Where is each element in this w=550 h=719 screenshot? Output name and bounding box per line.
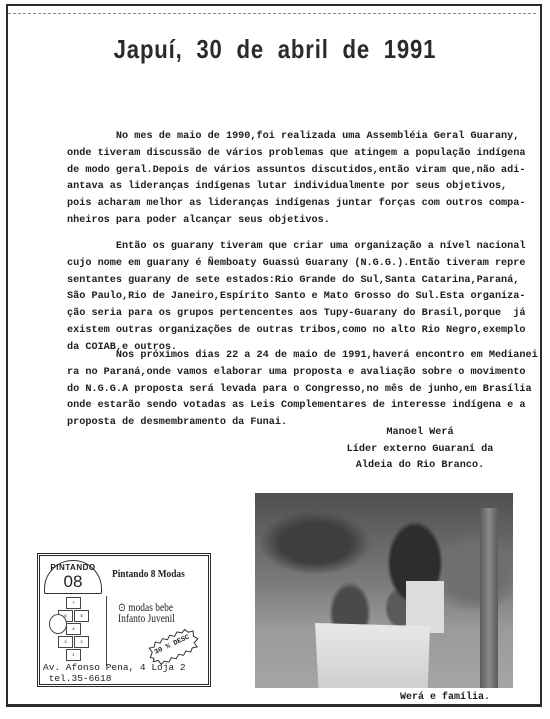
hop-number: 2 (75, 637, 88, 647)
photo-cloth (315, 623, 430, 688)
ad-divider (106, 596, 107, 666)
paragraph-2: Então os guarany tiveram que criar uma o… (67, 239, 507, 357)
photo-post (480, 508, 498, 688)
family-photo (255, 493, 513, 688)
paragraph-1: No mes de maio de 1990,foi realizada uma… (67, 129, 507, 230)
hop-number: 7 (67, 598, 80, 608)
signature-role: Líder externo Guaraní da (320, 442, 520, 459)
paragraph-3: Nos próximos dias 22 a 24 de maio de 199… (67, 348, 507, 432)
hop-number: 5 (75, 611, 88, 621)
photo-caption: Werá e família. (400, 692, 490, 703)
ad-address: Av. Afonso Pena, 4 Loja 2 tel.35-6618 (43, 663, 213, 684)
hop-number: 1 (67, 650, 80, 660)
child-face-icon (49, 614, 67, 634)
signature-name: Manoel Werá (320, 425, 520, 442)
ad-brand: Pintando 8 Modas (112, 568, 197, 580)
ad-line-1: ⊙ modas bebe (118, 600, 197, 614)
advertisement-box: PINTANDO 08 7 6 5 4 3 2 1 Pintando 8 Mod… (37, 553, 211, 687)
photo-figure (406, 581, 444, 633)
store-logo: PINTANDO 08 (44, 560, 102, 594)
page-title: Japuí, 30 de abril de 1991 (41, 34, 509, 65)
dashed-top-rule (8, 13, 536, 14)
signature-place: Aldeia do Rio Branco. (320, 458, 520, 475)
ad-line-2: Infanto Juvenil (118, 613, 197, 625)
hop-number: 4 (67, 624, 80, 634)
signature-block: Manoel Werá Líder externo Guaraní da Ald… (320, 425, 520, 475)
logo-name: PINTANDO (45, 563, 101, 572)
hop-number: 3 (59, 637, 72, 647)
logo-number: 08 (45, 572, 101, 592)
